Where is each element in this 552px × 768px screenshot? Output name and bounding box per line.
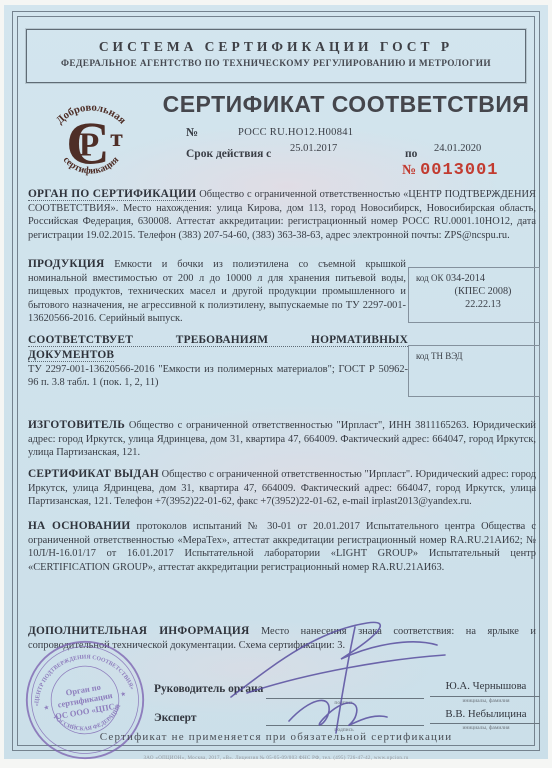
expert-signature-line xyxy=(266,724,424,726)
blank-number-digits: 0013001 xyxy=(420,161,498,180)
stamp-star-left: ★ xyxy=(43,703,50,712)
valid-to-date: 24.01.2020 xyxy=(434,143,481,154)
head-name-caption: инициалы, фамилия xyxy=(432,698,540,704)
code-ok-value: 034-2014 xyxy=(446,273,485,284)
section-certification-body: ОРГАН ПО СЕРТИФИКАЦИИ Общество с огранич… xyxy=(28,187,536,242)
code-ok-line3: 22.22.13 xyxy=(416,299,532,310)
code-tnved-box: код ТН ВЭД xyxy=(408,345,540,397)
blank-number-sign: № xyxy=(402,163,416,178)
registry-number-value: РОСС RU.НО12.Н00841 xyxy=(238,127,353,138)
expert-label: Эксперт xyxy=(154,712,196,724)
section-additional-info-label: ДОПОЛНИТЕЛЬНАЯ ИНФОРМАЦИЯ xyxy=(28,625,249,637)
section-product-label: ПРОДУКЦИЯ xyxy=(28,258,104,270)
section-conformity-label: СООТВЕТСТВУЕТ ТРЕБОВАНИЯМ НОРМАТИВНЫХ ДО… xyxy=(28,334,408,362)
agency-title: ФЕДЕРАЛЬНОЕ АГЕНТСТВО ПО ТЕХНИЧЕСКОМУ РЕ… xyxy=(27,59,525,69)
code-ok-box: код ОК 034-2014 (КПЕС 2008) 22.22.13 xyxy=(408,267,540,323)
mandatory-certification-note: Сертификат не применяется при обязательн… xyxy=(44,731,508,743)
section-conformity: СООТВЕТСТВУЕТ ТРЕБОВАНИЯМ НОРМАТИВНЫХ ДО… xyxy=(28,333,408,390)
head-signature-caption: подпись xyxy=(304,700,384,706)
section-issued-to: СЕРТИФИКАТ ВЫДАН Общество с ограниченной… xyxy=(28,467,536,509)
head-name-line xyxy=(430,695,540,697)
printer-imprint: ЗАО «ОПЦИОН», Москва, 2017, «В». Лицензи… xyxy=(4,756,548,761)
logo-monogram-t: т xyxy=(110,123,123,152)
system-title: СИСТЕМА СЕРТИФИКАЦИИ ГОСТ Р xyxy=(27,39,525,55)
registry-number-label: № xyxy=(186,125,198,140)
section-issued-to-label: СЕРТИФИКАТ ВЫДАН xyxy=(28,468,159,480)
head-name: Ю.А. Чернышова xyxy=(432,680,540,692)
logo-monogram-p: Р xyxy=(79,127,99,164)
stamp-star-right: ★ xyxy=(120,690,127,699)
section-conformity-text: ТУ 2297-001-13620566-2016 "Емкости из по… xyxy=(28,364,408,389)
code-ok-line2: (КПЕС 2008) xyxy=(416,286,532,297)
section-basis: НА ОСНОВАНИИ протоколов испытаний № 30-0… xyxy=(28,519,536,574)
section-product: ПРОДУКЦИЯ Емкости и бочки из полиэтилена… xyxy=(28,257,406,326)
validity-label: Срок действия с xyxy=(186,148,271,160)
section-manufacturer-label: ИЗГОТОВИТЕЛЬ xyxy=(28,419,125,431)
valid-from-date: 25.01.2017 xyxy=(290,143,337,154)
section-basis-label: НА ОСНОВАНИИ xyxy=(28,520,130,532)
validity-to-label: по xyxy=(405,148,417,160)
section-certification-body-label: ОРГАН ПО СЕРТИФИКАЦИИ xyxy=(28,188,196,201)
certification-body-round-stamp: «ЦЕНТР ПОДТВЕРЖДЕНИЯ СООТВЕТСТВИЯ» РОССИ… xyxy=(14,629,155,768)
certificate-paper: СИСТЕМА СЕРТИФИКАЦИИ ГОСТ Р ФЕДЕРАЛЬНОЕ … xyxy=(4,5,548,759)
header-box: СИСТЕМА СЕРТИФИКАЦИИ ГОСТ Р ФЕДЕРАЛЬНОЕ … xyxy=(26,29,526,83)
head-of-body-label: Руководитель органа xyxy=(154,683,263,695)
code-tnved-label: код ТН ВЭД xyxy=(416,351,463,361)
expert-name-line xyxy=(430,722,540,724)
section-manufacturer: ИЗГОТОВИТЕЛЬ Общество с ограниченной отв… xyxy=(28,418,536,460)
head-signature-line xyxy=(266,697,424,699)
expert-name: В.В. Небылицина xyxy=(432,708,540,720)
code-ok-label: код ОК xyxy=(416,273,444,283)
rst-voluntary-certification-logo: Добровольная сертификация С Р т xyxy=(30,91,152,193)
blank-form-number: № 0013001 xyxy=(402,161,499,180)
document-title: СЕРТИФИКАТ СООТВЕТСТВИЯ xyxy=(152,91,540,118)
